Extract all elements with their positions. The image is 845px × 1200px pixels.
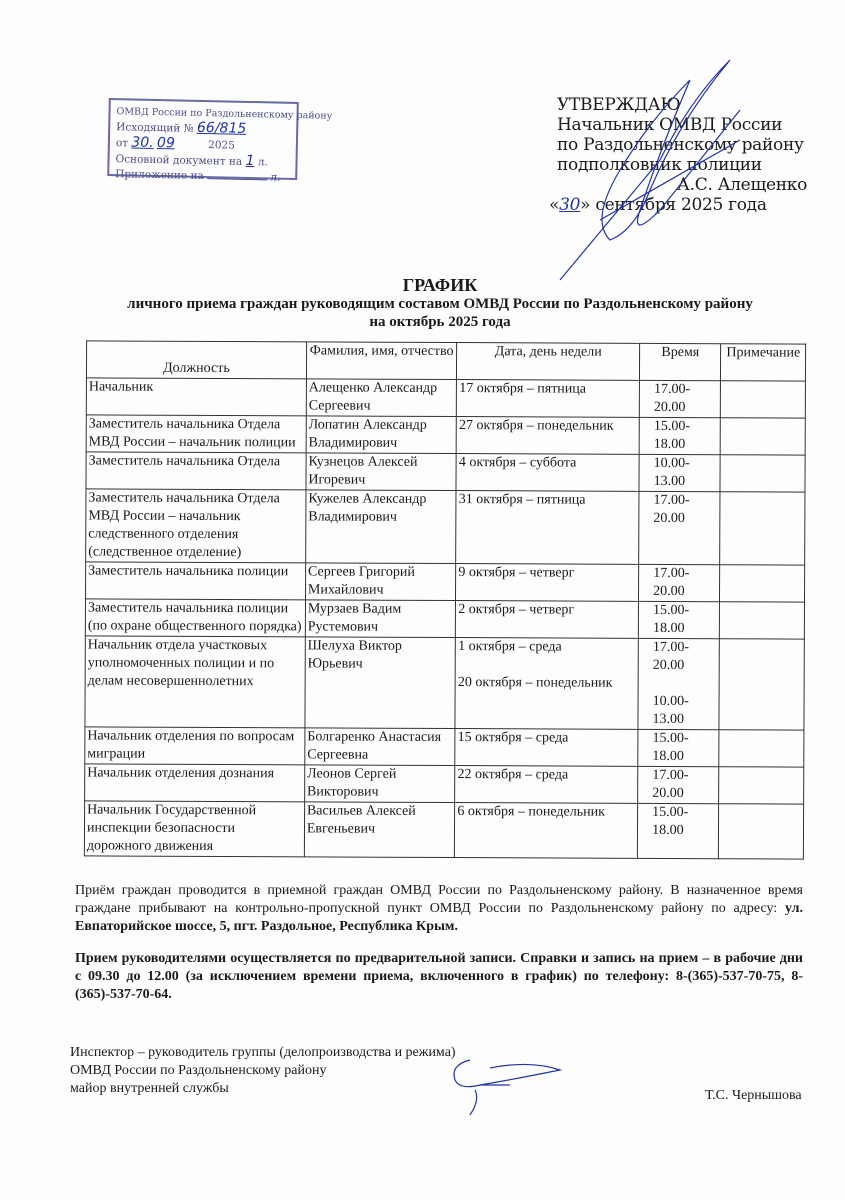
cell-name: Алещенко Александр Сергеевич <box>306 379 457 417</box>
reception-time: 17.00-20.00 <box>653 565 697 601</box>
cell-note <box>720 565 805 602</box>
stamp-outgoing-number: 66/815 <box>197 120 247 137</box>
document-title: ГРАФИК личного приема граждан руководящи… <box>60 275 820 331</box>
cell-position: Начальник <box>86 378 306 416</box>
table-row: Начальник отдела участковых уполномоченн… <box>85 636 804 730</box>
note-appointment: Прием руководителями осуществляется по п… <box>75 950 803 1004</box>
cell-date: 9 октября – четверг <box>456 564 639 602</box>
table-row: Заместитель начальника полиции (по охран… <box>85 599 804 639</box>
approval-block: УТВЕРЖДАЮ Начальник ОМВД России по Раздо… <box>557 95 827 215</box>
cell-date: 1 октября – среда20 октября – понедельни… <box>455 638 638 730</box>
header-date: Дата, день недели <box>457 343 640 381</box>
cell-time: 17.00-20.0010.00-13.00 <box>638 638 720 729</box>
reception-time: 10.00-13.00 <box>654 455 698 491</box>
cell-position: Заместитель начальника полиции (по охран… <box>85 599 305 637</box>
footer-signatory: Инспектор – руководитель группы (делопро… <box>70 1044 456 1098</box>
cell-date: 17 октября – пятница <box>457 380 640 418</box>
cell-time: 17.00-20.00 <box>638 766 720 803</box>
cell-time: 10.00-13.00 <box>639 454 721 491</box>
inspector-signature <box>430 1040 570 1120</box>
cell-position: Заместитель начальника Отдела <box>86 452 306 490</box>
cell-time: 15.00-18.00 <box>638 601 720 638</box>
inspector-name: Т.С. Чернышова <box>705 1088 802 1104</box>
reception-time: 15.00-18.00 <box>652 804 696 840</box>
reception-date: 20 октября – понедельник <box>458 674 636 693</box>
cell-note <box>721 381 806 418</box>
cell-note <box>719 767 804 804</box>
header-name: Фамилия, имя, отчество <box>306 342 457 380</box>
reception-date: 6 октября – понедельник <box>457 803 635 822</box>
table-header-row: Должность Фамилия, имя, отчество Дата, д… <box>86 341 805 381</box>
header-note: Примечание <box>721 344 806 381</box>
table-row: Начальник Государственной инспекции безо… <box>84 801 803 859</box>
cell-name: Мурзаев Вадим Рустемович <box>305 600 456 638</box>
cell-position: Начальник Государственной инспекции безо… <box>84 801 304 857</box>
cell-name: Кузнецов Алексей Игоревич <box>306 453 457 491</box>
approval-date: «30» сентября 2025 года <box>549 195 827 215</box>
reception-time: 17.00-20.00 <box>653 492 697 528</box>
cell-time: 17.00-20.00 <box>639 380 721 417</box>
table-row: Заместитель начальника полицииСергеев Гр… <box>86 562 805 602</box>
reception-time: 17.00-20.00 <box>654 381 698 417</box>
approver-name: А.С. Алещенко <box>557 175 827 195</box>
title-subtitle: личного приема граждан руководящим соста… <box>60 295 820 313</box>
cell-date: 6 октября – понедельник <box>455 803 638 859</box>
table-row: НачальникАлещенко Александр Сергеевич17 … <box>86 378 805 418</box>
reception-date: 4 октября – суббота <box>459 454 637 473</box>
reception-date: 22 октября – среда <box>457 766 635 785</box>
cell-date: 4 октября – суббота <box>456 454 639 492</box>
table-row: Заместитель начальника Отдела МВД России… <box>86 489 805 565</box>
cell-name: Сергеев Григорий Михайлович <box>305 563 456 601</box>
table-row: Заместитель начальника ОтделаКузнецов Ал… <box>86 452 805 492</box>
cell-name: Шелуха Виктор Юрьевич <box>305 637 456 729</box>
cell-date: 22 октября – среда <box>455 766 638 804</box>
cell-time: 15.00-18.00 <box>639 417 721 454</box>
table-row: Начальник отделения по вопросам миграции… <box>85 727 804 767</box>
reception-date: 17 октября – пятница <box>459 380 637 399</box>
table-row: Начальник отделения дознанияЛеонов Серге… <box>85 764 804 804</box>
cell-time: 15.00-18.00 <box>637 803 719 858</box>
cell-position: Заместитель начальника Отдела МВД России… <box>86 415 306 453</box>
note-reception: Приём граждан проводится в приемной граж… <box>75 882 803 936</box>
reception-time: 15.00-18.00 <box>652 730 696 766</box>
cell-position: Заместитель начальника Отдела МВД России… <box>86 489 306 563</box>
cell-note <box>721 418 806 455</box>
reception-time: 10.00-13.00 <box>653 693 697 729</box>
title-main: ГРАФИК <box>60 275 820 295</box>
reception-date: 31 октября – пятница <box>459 491 637 510</box>
reception-time: 15.00-18.00 <box>653 602 697 638</box>
header-position: Должность <box>86 341 306 379</box>
cell-name: Васильев Алексей Евгеньевич <box>304 802 455 858</box>
cell-note <box>719 639 804 730</box>
title-period: на октябрь 2025 года <box>60 313 820 331</box>
cell-note <box>719 804 804 859</box>
cell-note <box>720 455 805 492</box>
cell-position: Заместитель начальника полиции <box>86 562 306 600</box>
approval-heading: УТВЕРЖДАЮ <box>557 95 827 115</box>
cell-position: Начальник отделения по вопросам миграции <box>85 727 305 765</box>
table-row: Заместитель начальника Отдела МВД России… <box>86 415 805 455</box>
cell-date: 27 октября – понедельник <box>456 417 639 455</box>
cell-name: Леонов Сергей Викторович <box>305 765 456 803</box>
registration-stamp: ОМВД России по Раздольненскому району Ис… <box>107 98 299 180</box>
header-time: Время <box>640 343 722 380</box>
reception-time: 17.00-20.00 <box>653 639 697 675</box>
cell-time: 17.00-20.00 <box>639 491 721 564</box>
reception-date: 9 октября – четверг <box>458 564 636 583</box>
cell-date: 31 октября – пятница <box>456 491 639 565</box>
cell-time: 15.00-18.00 <box>638 729 720 766</box>
reception-time: 17.00-20.00 <box>652 767 696 803</box>
cell-date: 15 октября – среда <box>455 729 638 767</box>
cell-name: Лопатин Александр Владимирович <box>306 416 457 454</box>
cell-note <box>719 730 804 767</box>
cell-time: 17.00-20.00 <box>639 564 721 601</box>
cell-name: Болгаренко Анастасия Сергеевна <box>305 728 456 766</box>
stamp-attachment: Приложение на л. <box>115 167 289 186</box>
cell-note <box>720 492 805 565</box>
cell-name: Кужелев Александр Владимирович <box>306 490 457 564</box>
schedule-table: Должность Фамилия, имя, отчество Дата, д… <box>84 340 806 859</box>
cell-note <box>720 602 805 639</box>
notes-section: Приём граждан проводится в приемной граж… <box>75 882 803 1018</box>
cell-position: Начальник отдела участковых уполномоченн… <box>85 636 305 728</box>
reception-time: 15.00-18.00 <box>654 418 698 454</box>
reception-date: 15 октября – среда <box>458 729 636 748</box>
reception-date: 1 октября – среда <box>458 638 636 657</box>
reception-date: 27 октября – понедельник <box>459 417 637 436</box>
cell-date: 2 октября – четверг <box>456 601 639 639</box>
cell-position: Начальник отделения дознания <box>85 764 305 802</box>
reception-date: 2 октября – четверг <box>458 601 636 620</box>
